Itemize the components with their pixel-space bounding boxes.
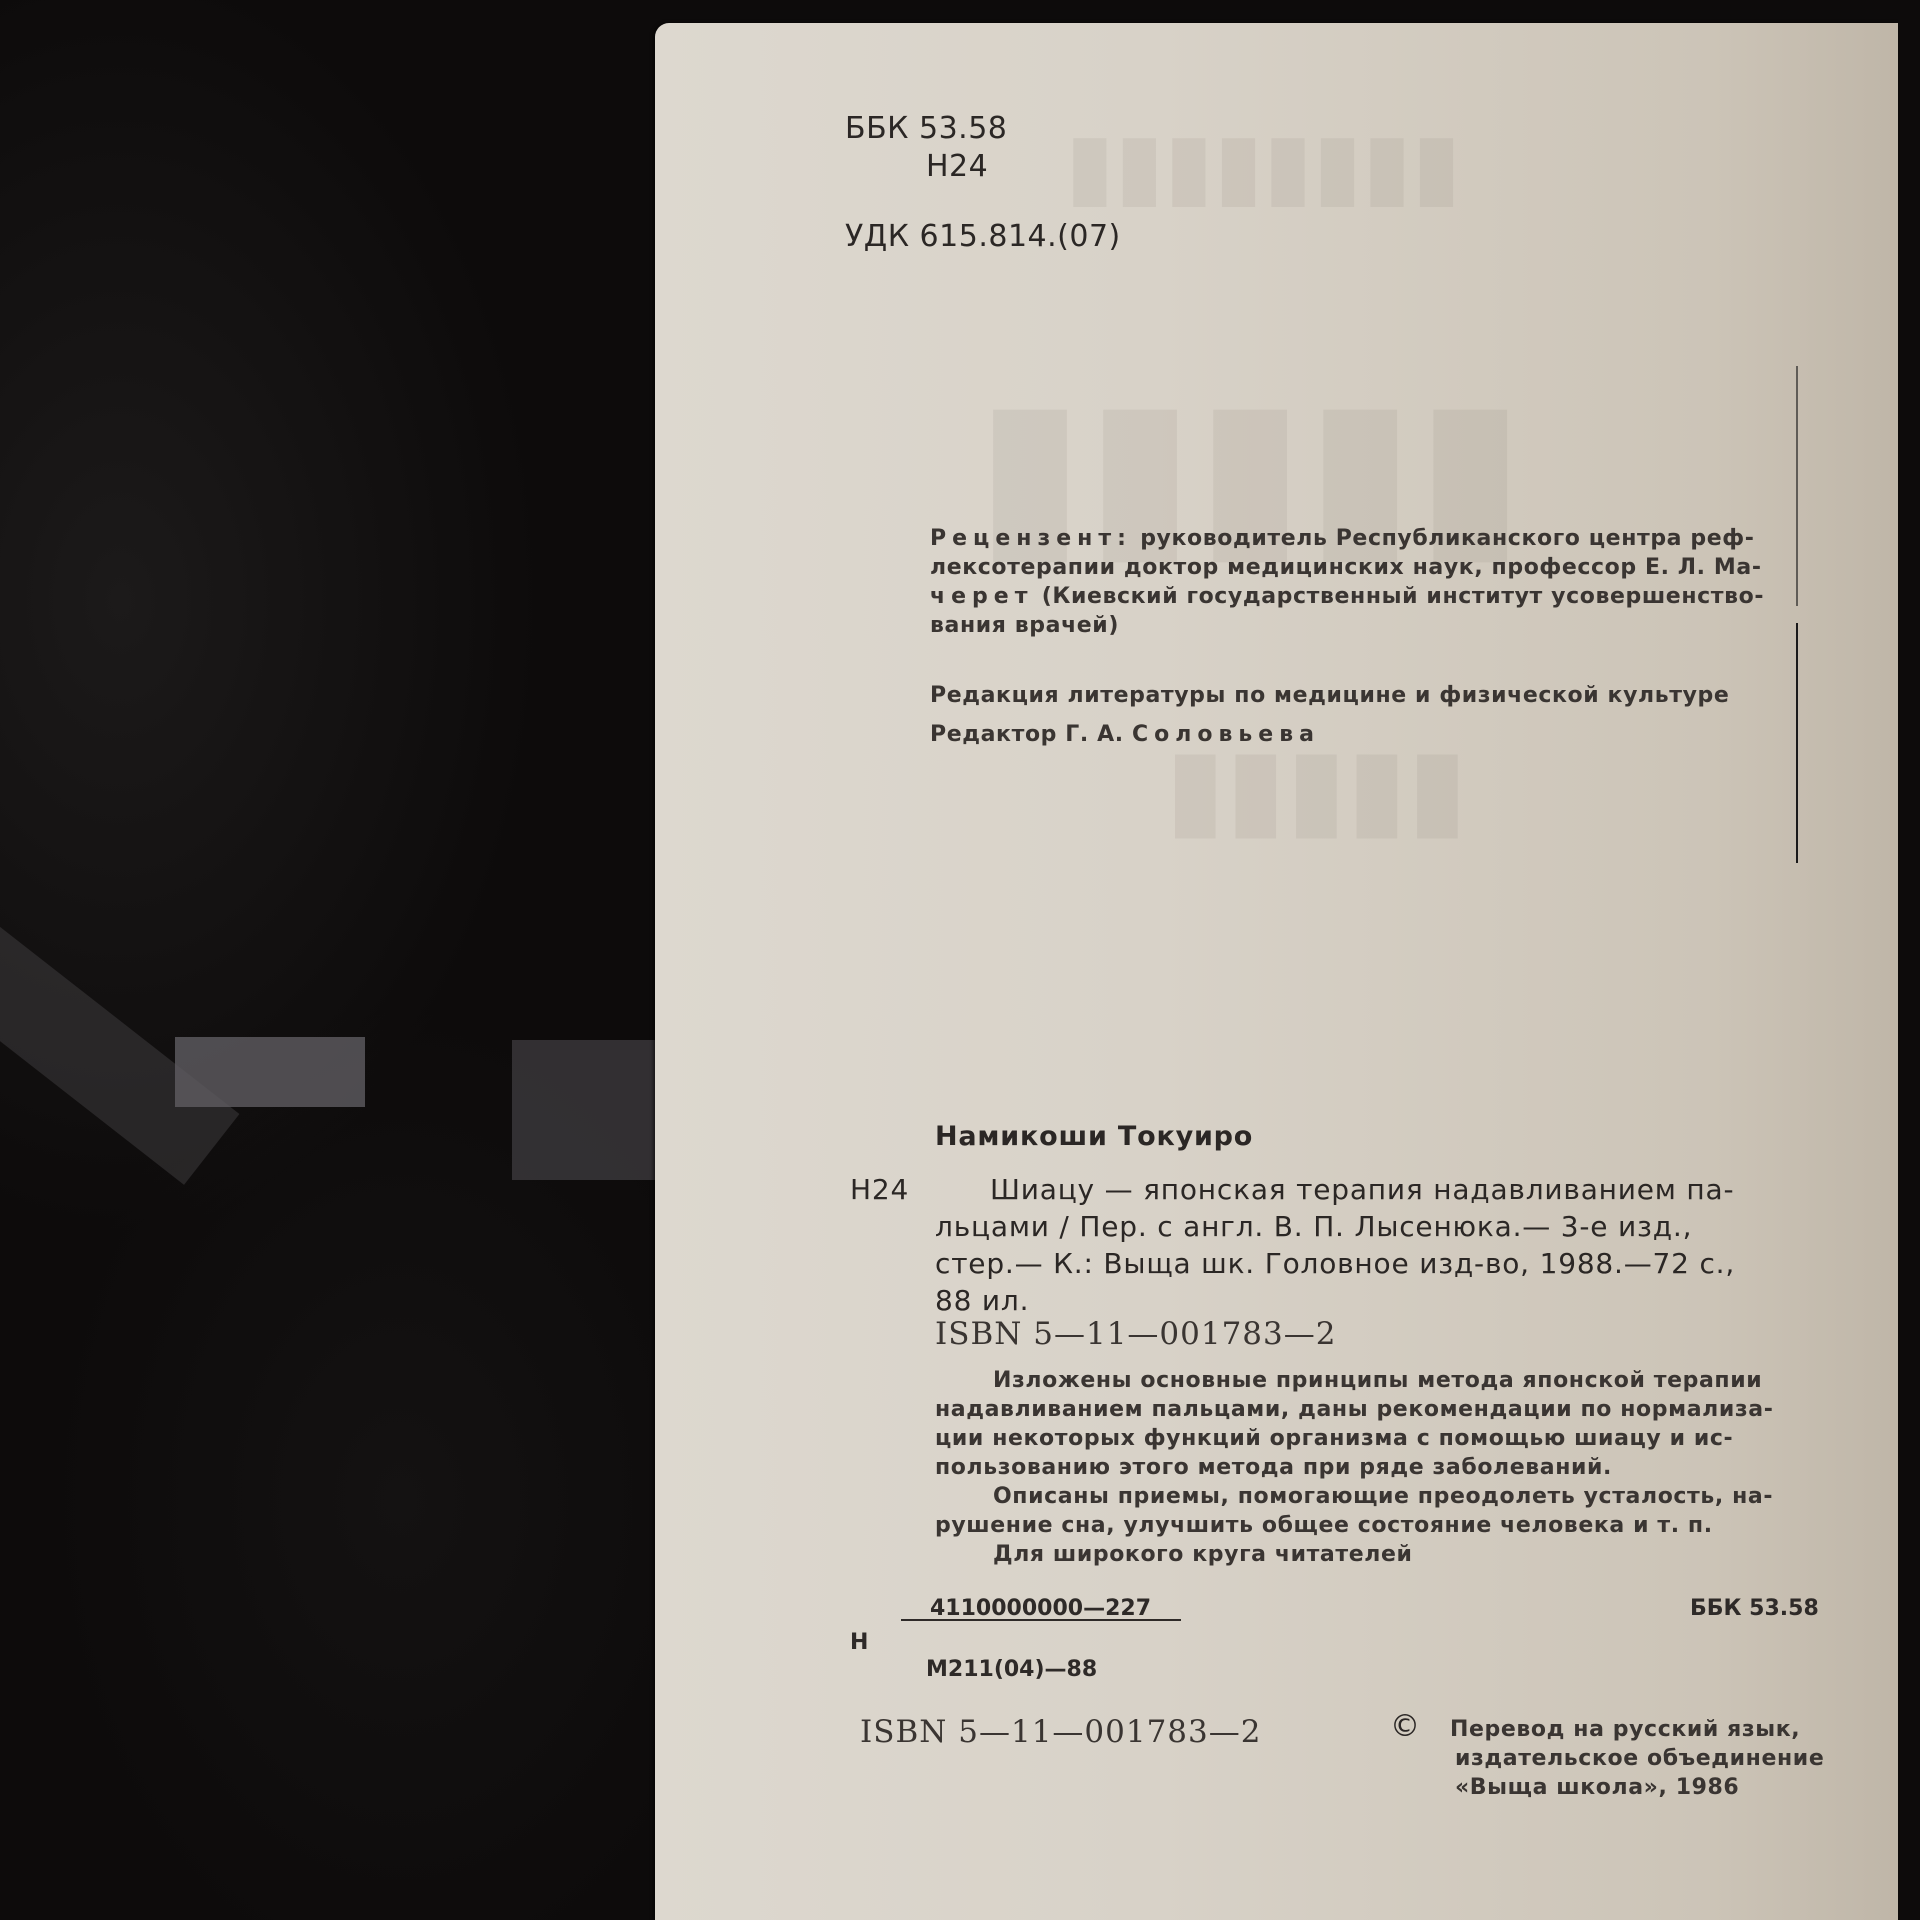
- bbk-bottom: ББК 53.58: [1690, 1596, 1819, 1621]
- reviewer-line-1: Рецензент: руководитель Республиканского…: [930, 526, 1754, 551]
- author-mark: Н24: [926, 149, 988, 184]
- copyright-icon: ©: [1390, 1709, 1420, 1744]
- udk-code: УДК 615.814.(07): [845, 219, 1121, 254]
- margin-line: [1796, 623, 1798, 863]
- index-numerator: 4110000000—227: [930, 1596, 1151, 1621]
- copyright-line-1: Перевод на русский язык,: [1450, 1717, 1800, 1742]
- isbn-bottom: ISBN 5—11—001783—2: [860, 1714, 1261, 1750]
- copyright-line-3: «Выща школа», 1986: [1455, 1775, 1739, 1800]
- reviewer-line-4: вания врачей): [930, 613, 1119, 638]
- annotation-line-4: пользованию этого метода при ряде заболе…: [935, 1455, 1612, 1480]
- annotation-line-5: Описаны приемы, помогающие преодолеть ус…: [993, 1484, 1773, 1509]
- annotation-line-7: Для широкого круга читателей: [993, 1542, 1413, 1567]
- editorial-office: Редакция литературы по медицине и физиче…: [930, 683, 1729, 708]
- annotation-line-2: надавливанием пальцами, даны рекомендаци…: [935, 1397, 1773, 1422]
- background-grey-patch: [175, 1037, 365, 1107]
- catalog-line-2: льцами / Пер. с англ. В. П. Лысенюка.— 3…: [935, 1210, 1692, 1243]
- catalog-line-4: 88 ил.: [935, 1284, 1029, 1317]
- background-grey-patch: [512, 1040, 662, 1180]
- copyright-line-2: издательское объединение: [1455, 1746, 1824, 1771]
- reviewer-line-3: черет (Киевский государственный институт…: [930, 584, 1764, 609]
- catalog-isbn: ISBN 5—11—001783—2: [935, 1316, 1336, 1352]
- fraction-line: [901, 1619, 1181, 1621]
- annotation-line-6: рушение сна, улучшить общее состояние че…: [935, 1513, 1713, 1538]
- bbk-code: ББК 53.58: [845, 111, 1007, 146]
- margin-line: [1796, 366, 1798, 606]
- index-denominator: М211(04)—88: [926, 1657, 1097, 1682]
- index-letter: Н: [850, 1630, 868, 1655]
- show-through-text: ▮▮▮▮▮▮▮▮: [1065, 113, 1461, 218]
- reviewer-label: Рецензент:: [930, 526, 1132, 551]
- reviewer-line-2: лексотерапии доктор медицинских наук, пр…: [930, 555, 1762, 580]
- annotation-line-3: ции некоторых функций организма с помощь…: [935, 1426, 1733, 1451]
- catalog-line-3: стер.— К.: Выща шк. Головное изд-во, 198…: [935, 1247, 1735, 1280]
- author-name: Намикоши Токуиро: [935, 1121, 1253, 1152]
- catalog-line-1: Шиацу — японская терапия надавливанием п…: [990, 1173, 1734, 1206]
- editor: Редактор Г. А. Соловьева: [930, 722, 1320, 747]
- show-through-text: ▮▮▮▮▮: [975, 353, 1525, 586]
- annotation-line-1: Изложены основные принципы метода японск…: [993, 1368, 1762, 1393]
- book-page: ▮▮▮▮▮▮▮▮ ▮▮▮▮▮ ▮▮▮▮▮ ББК 53.58 Н24 УДК 6…: [655, 23, 1898, 1920]
- catalog-mark: Н24: [850, 1173, 909, 1206]
